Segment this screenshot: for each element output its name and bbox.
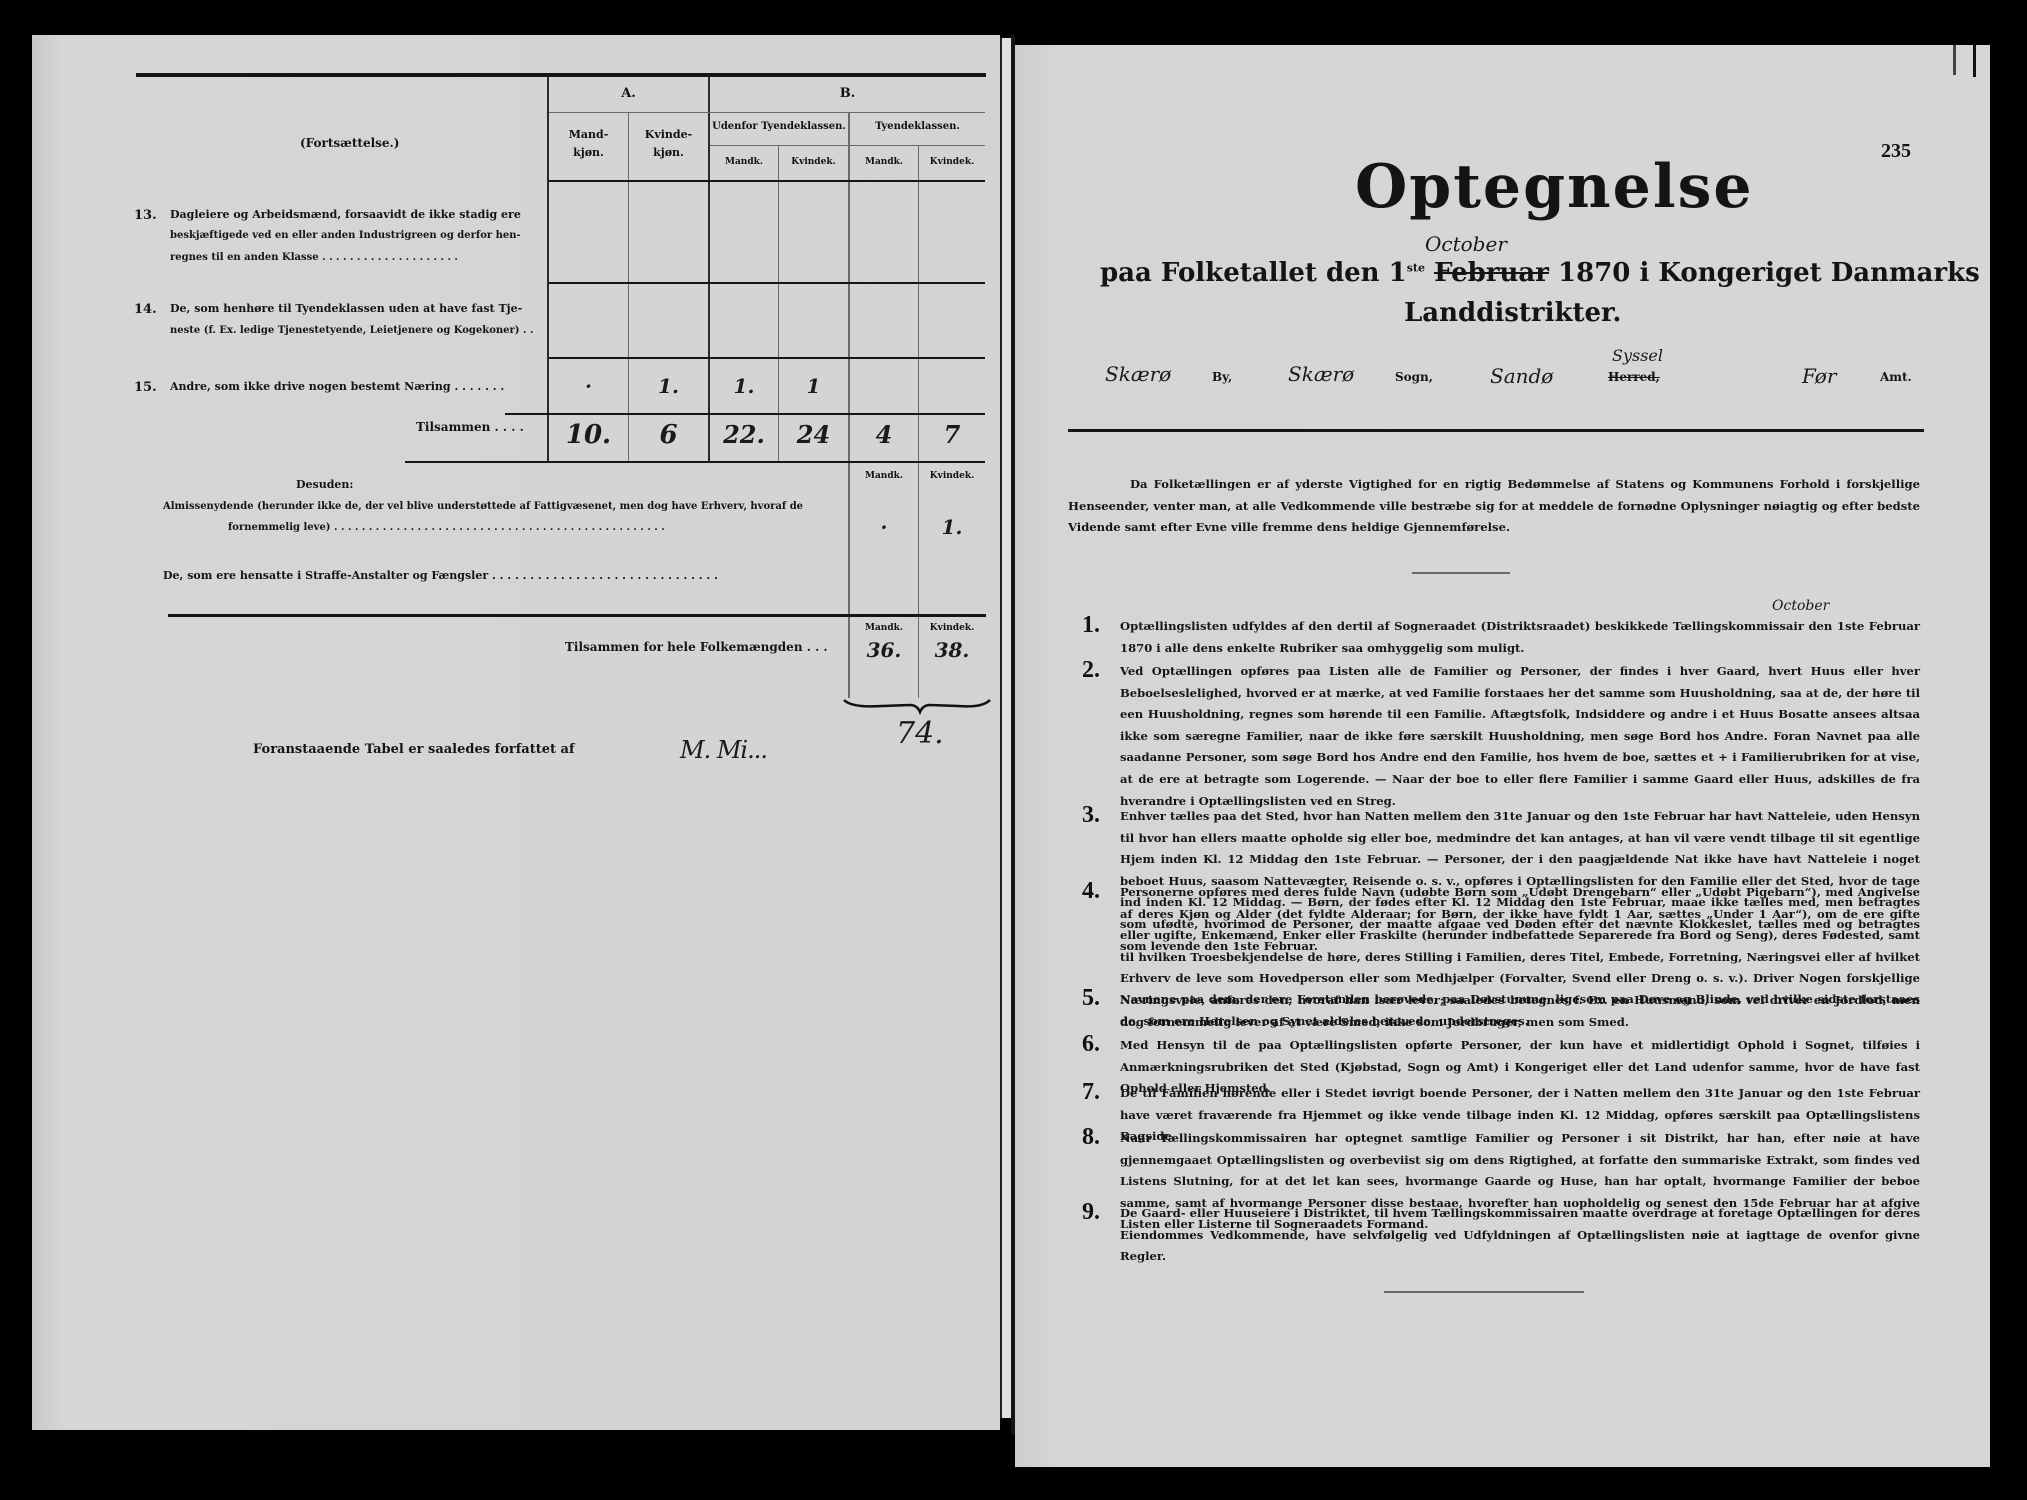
almissen-line2: fornemmelig leve) . . . . . . . . . . . …	[228, 522, 838, 533]
signature-label: Foranstaaende Tabel er saaledes forfatte…	[253, 742, 575, 757]
row-label-line: neste (f. Ex. ledige Tjenestetyende, Lei…	[170, 325, 533, 336]
tilsammen-value: 7	[919, 420, 985, 449]
by-label: By,	[1212, 370, 1232, 384]
signature: M. Mi...	[680, 736, 767, 764]
header-bottom-rule	[549, 180, 985, 182]
total-label: Tilsammen for hele Folkemængden . . .	[565, 640, 828, 654]
col-header-kvindek: Kvindek.	[919, 157, 985, 167]
total-value-kvinde: 38.	[919, 638, 985, 662]
table-top-rule	[136, 73, 986, 77]
almissen-value-mand: ·	[850, 515, 918, 539]
col-header-kvindekjon: Kvinde- kjøn.	[629, 126, 708, 162]
instruction-number: 7.	[1082, 1079, 1100, 1106]
instruction-note: October	[1772, 598, 1829, 614]
header-subrule-b	[710, 145, 985, 146]
instruction-text: Optællingslisten udfyldes af den dertil …	[1120, 616, 1920, 659]
herred-struck-label: Herred,	[1608, 370, 1660, 384]
instruction-text: Ved Optællingen opføres paa Listen alle …	[1120, 661, 1920, 812]
col-header-line: kjøn.	[629, 144, 708, 162]
row-label-line: De, som henhøre til Tyendeklassen uden a…	[170, 302, 522, 315]
col-header-tyende: Tyendeklassen.	[850, 121, 985, 132]
row-label-line: regnes til en anden Klasse . . . . . . .…	[170, 252, 458, 263]
row-label-line: Andre, som ikke drive nogen bestemt Næri…	[170, 380, 504, 393]
col-header-mandk: Mandk.	[850, 157, 918, 167]
col-divider	[628, 112, 629, 462]
bottom-separator-rule	[1384, 1291, 1584, 1293]
by-value: Skærø	[1105, 362, 1171, 386]
row-number: 13.	[134, 208, 157, 223]
tilsammen-value: 4	[850, 420, 918, 449]
tilsammen-value: 22.	[710, 420, 778, 449]
left-page	[32, 35, 1000, 1430]
header-subrule	[549, 112, 985, 113]
instruction-number: 1.	[1082, 612, 1100, 639]
handwritten-month: October	[1425, 232, 1507, 256]
subtitle-text: paa Folketallet den 1	[1100, 258, 1407, 288]
intro-paragraph: Da Folketællingen er af yderste Vigtighe…	[1068, 474, 1920, 539]
edge-marks	[1973, 45, 1976, 77]
grand-total: 74.	[896, 716, 944, 751]
herred-value: Sandø	[1490, 364, 1553, 388]
row14-bottom-rule	[549, 357, 985, 359]
group-b-label: B.	[710, 86, 985, 101]
total-top-rule	[168, 614, 986, 617]
col-header-line: kjøn.	[549, 144, 628, 162]
straffe-line: De, som ere hensatte i Straffe-Anstalter…	[163, 569, 838, 582]
desuden-col-kvindek: Kvindek.	[919, 471, 985, 481]
document-title: Optegnelse	[1355, 152, 1754, 222]
subtitle-sup: ste	[1407, 261, 1425, 274]
subtitle-struck-month: Februar	[1434, 258, 1549, 288]
instruction-number: 6.	[1082, 1031, 1100, 1058]
amt-value: Før	[1802, 364, 1836, 388]
instruction-number: 4.	[1082, 878, 1100, 905]
separator-rule	[1412, 572, 1510, 574]
sogn-label: Sogn,	[1395, 370, 1433, 384]
row15-value-b1-kvinde: 1	[779, 374, 848, 398]
row13-bottom-rule	[549, 282, 985, 284]
row15-value-a-mand: ·	[549, 374, 628, 398]
edge-marks	[1953, 45, 1956, 75]
col-header-mandk: Mandk.	[710, 157, 778, 167]
desuden-col-mandk: Mandk.	[850, 471, 918, 481]
row15-value-a-kvinde: 1.	[629, 374, 708, 398]
continuation-label: (Fortsættelse.)	[300, 136, 399, 150]
col-header-kvindek: Kvindek.	[779, 157, 848, 167]
page-number: 235	[1881, 140, 1911, 163]
instruction-number: 2.	[1082, 657, 1100, 684]
almissen-line1: Almissenydende (herunder ikke de, der ve…	[163, 501, 803, 512]
instruction-number: 3.	[1082, 802, 1100, 829]
row-number: 14.	[134, 302, 157, 317]
subtitle-text: 1870 i Kongeriget Danmarks	[1558, 258, 1980, 288]
desuden-heading: Desuden:	[296, 478, 353, 491]
almissen-value-kvinde: 1.	[919, 515, 985, 539]
total-col-mandk: Mandk.	[850, 623, 918, 633]
instruction-number: 9.	[1082, 1199, 1100, 1226]
instruction-number: 8.	[1082, 1124, 1100, 1151]
subtitle-line1: paa Folketallet den 1ste Februar 1870 i …	[1100, 258, 1980, 288]
instruction-text: Navnene paa dem, der ere Forstanden berø…	[1120, 989, 1920, 1032]
brace-icon	[842, 696, 992, 716]
col-header-line: Mand-	[549, 126, 628, 144]
tilsammen-value: 10.	[549, 420, 628, 450]
tilsammen-bottom-rule	[405, 461, 985, 463]
tilsammen-value: 24	[779, 420, 848, 449]
header-rule	[1068, 429, 1924, 432]
instruction-text: De Gaard- eller Huuseiere i Distriktet, …	[1120, 1203, 1920, 1268]
row15-value-b1-mand: 1.	[710, 374, 778, 398]
sogn-value: Skærø	[1288, 362, 1354, 386]
col-divider	[848, 112, 850, 698]
col-divider-ab	[708, 76, 710, 462]
col-header-udenfor: Udenfor Tyendeklassen.	[710, 121, 848, 132]
tilsammen-value: 6	[629, 420, 708, 450]
gutter-line	[1011, 35, 1015, 1435]
total-value-mand: 36.	[850, 638, 918, 662]
herred-handwritten: Syssel	[1612, 346, 1663, 365]
subtitle-line2: Landdistrikter.	[1404, 298, 1621, 328]
group-a-label: A.	[549, 86, 708, 101]
row15-bottom-rule	[505, 413, 985, 415]
tilsammen-label: Tilsammen . . . .	[416, 420, 524, 434]
total-col-kvindek: Kvindek.	[919, 623, 985, 633]
col-header-line: Kvinde-	[629, 126, 708, 144]
instruction-number: 5.	[1082, 985, 1100, 1012]
row-label-line: beskjæftigede ved en eller anden Industr…	[170, 230, 521, 241]
amt-label: Amt.	[1880, 370, 1912, 384]
row-number: 15.	[134, 380, 157, 395]
col-header-mandkjon: Mand- kjøn.	[549, 126, 628, 162]
row-label-line: Dagleiere og Arbeidsmænd, forsaavidt de …	[170, 208, 540, 221]
